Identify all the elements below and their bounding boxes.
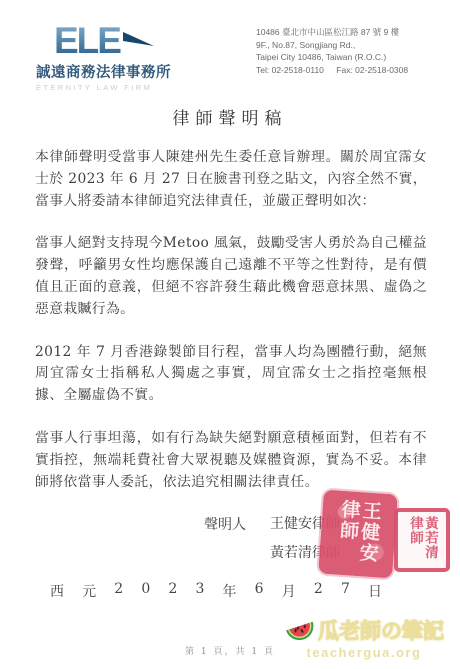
date-token: 月 xyxy=(282,581,296,601)
date-token: 7 xyxy=(341,581,350,601)
red-seal-huang: 黃若清律師 xyxy=(394,508,450,572)
date-token: 0 xyxy=(141,581,150,601)
tel-number: Tel: 02-2518-0110 xyxy=(256,64,324,77)
firm-name-zh: 誠遠商務法律事務所 xyxy=(36,61,206,82)
document-title: 律師聲明稿 xyxy=(0,104,460,129)
address-line-en1: 9F., No.87, Songjiang Rd., xyxy=(256,39,436,52)
paragraph-legal-action: 當事人行事坦蕩，如有行為缺失絕對願意積極面對，但若有不實指控，無端耗費社會大眾視… xyxy=(35,428,427,493)
date-token: 6 xyxy=(255,581,264,601)
date-token: 西 xyxy=(50,581,64,601)
firm-logo-block: ELE 誠遠商務法律事務所 ETERNITY LAW FIRM xyxy=(36,22,206,92)
firm-logo-mark-icon: ELE xyxy=(54,22,160,60)
address-line-en2: Taipei City 10486, Taiwan (R.O.C.) xyxy=(256,51,436,64)
seal-wang-text: 王健安律師 xyxy=(335,499,382,570)
seal-huang-text: 黃若清律師 xyxy=(407,516,437,564)
date-token: 元 xyxy=(82,581,96,601)
paragraph-metoo: 當事人絕對支持現今Metoo 風氣，鼓勵受害人勇於為自己權益發聲，呼籲男女性均應… xyxy=(35,233,427,320)
date-line: 西 元 2 0 2 3 年 6 月 2 7 日 xyxy=(50,581,382,601)
watermark-url: teachergua.org xyxy=(307,645,422,660)
address-line-zh: 10486 臺北市中山區松江路 87 號 9 樓 xyxy=(256,26,436,39)
document-body: 本律師聲明受當事人陳建州先生委任意旨辦理。關於周宜霈女士於 2023 年 6 月… xyxy=(35,147,427,514)
svg-text:ELE: ELE xyxy=(54,22,121,60)
date-token: 年 xyxy=(223,581,237,601)
date-token: 日 xyxy=(368,581,382,601)
lawyer-statement-page: ELE 誠遠商務法律事務所 ETERNITY LAW FIRM 10486 臺北… xyxy=(0,0,460,669)
date-token: 3 xyxy=(195,581,204,601)
firm-name-en: ETERNITY LAW FIRM xyxy=(36,83,206,92)
paragraph-hongkong: 2012 年 7 月香港錄製節目行程，當事人均為團體行動，絕無周宜霈女士指稱私人… xyxy=(35,342,427,407)
date-token: 2 xyxy=(314,581,323,601)
paragraph-intro: 本律師聲明受當事人陳建州先生委任意旨辦理。關於周宜霈女士於 2023 年 6 月… xyxy=(35,147,427,212)
date-token: 2 xyxy=(114,581,123,601)
watermark-title: 瓜老師の筆記 xyxy=(318,615,444,645)
red-seal-wang: 王健安律師 xyxy=(318,490,398,579)
firm-address-block: 10486 臺北市中山區松江路 87 號 9 樓 9F., No.87, Son… xyxy=(256,26,436,76)
tel-fax-line: Tel: 02-2518-0110 Fax: 02-2518-0308 xyxy=(256,64,436,77)
declarant-label: 聲明人 xyxy=(204,513,246,562)
fax-number: Fax: 02-2518-0308 xyxy=(336,64,408,77)
date-token: 2 xyxy=(168,581,177,601)
watermark: 瓜老師の筆記 teachergua.org xyxy=(274,615,454,660)
watermelon-icon xyxy=(284,615,316,645)
